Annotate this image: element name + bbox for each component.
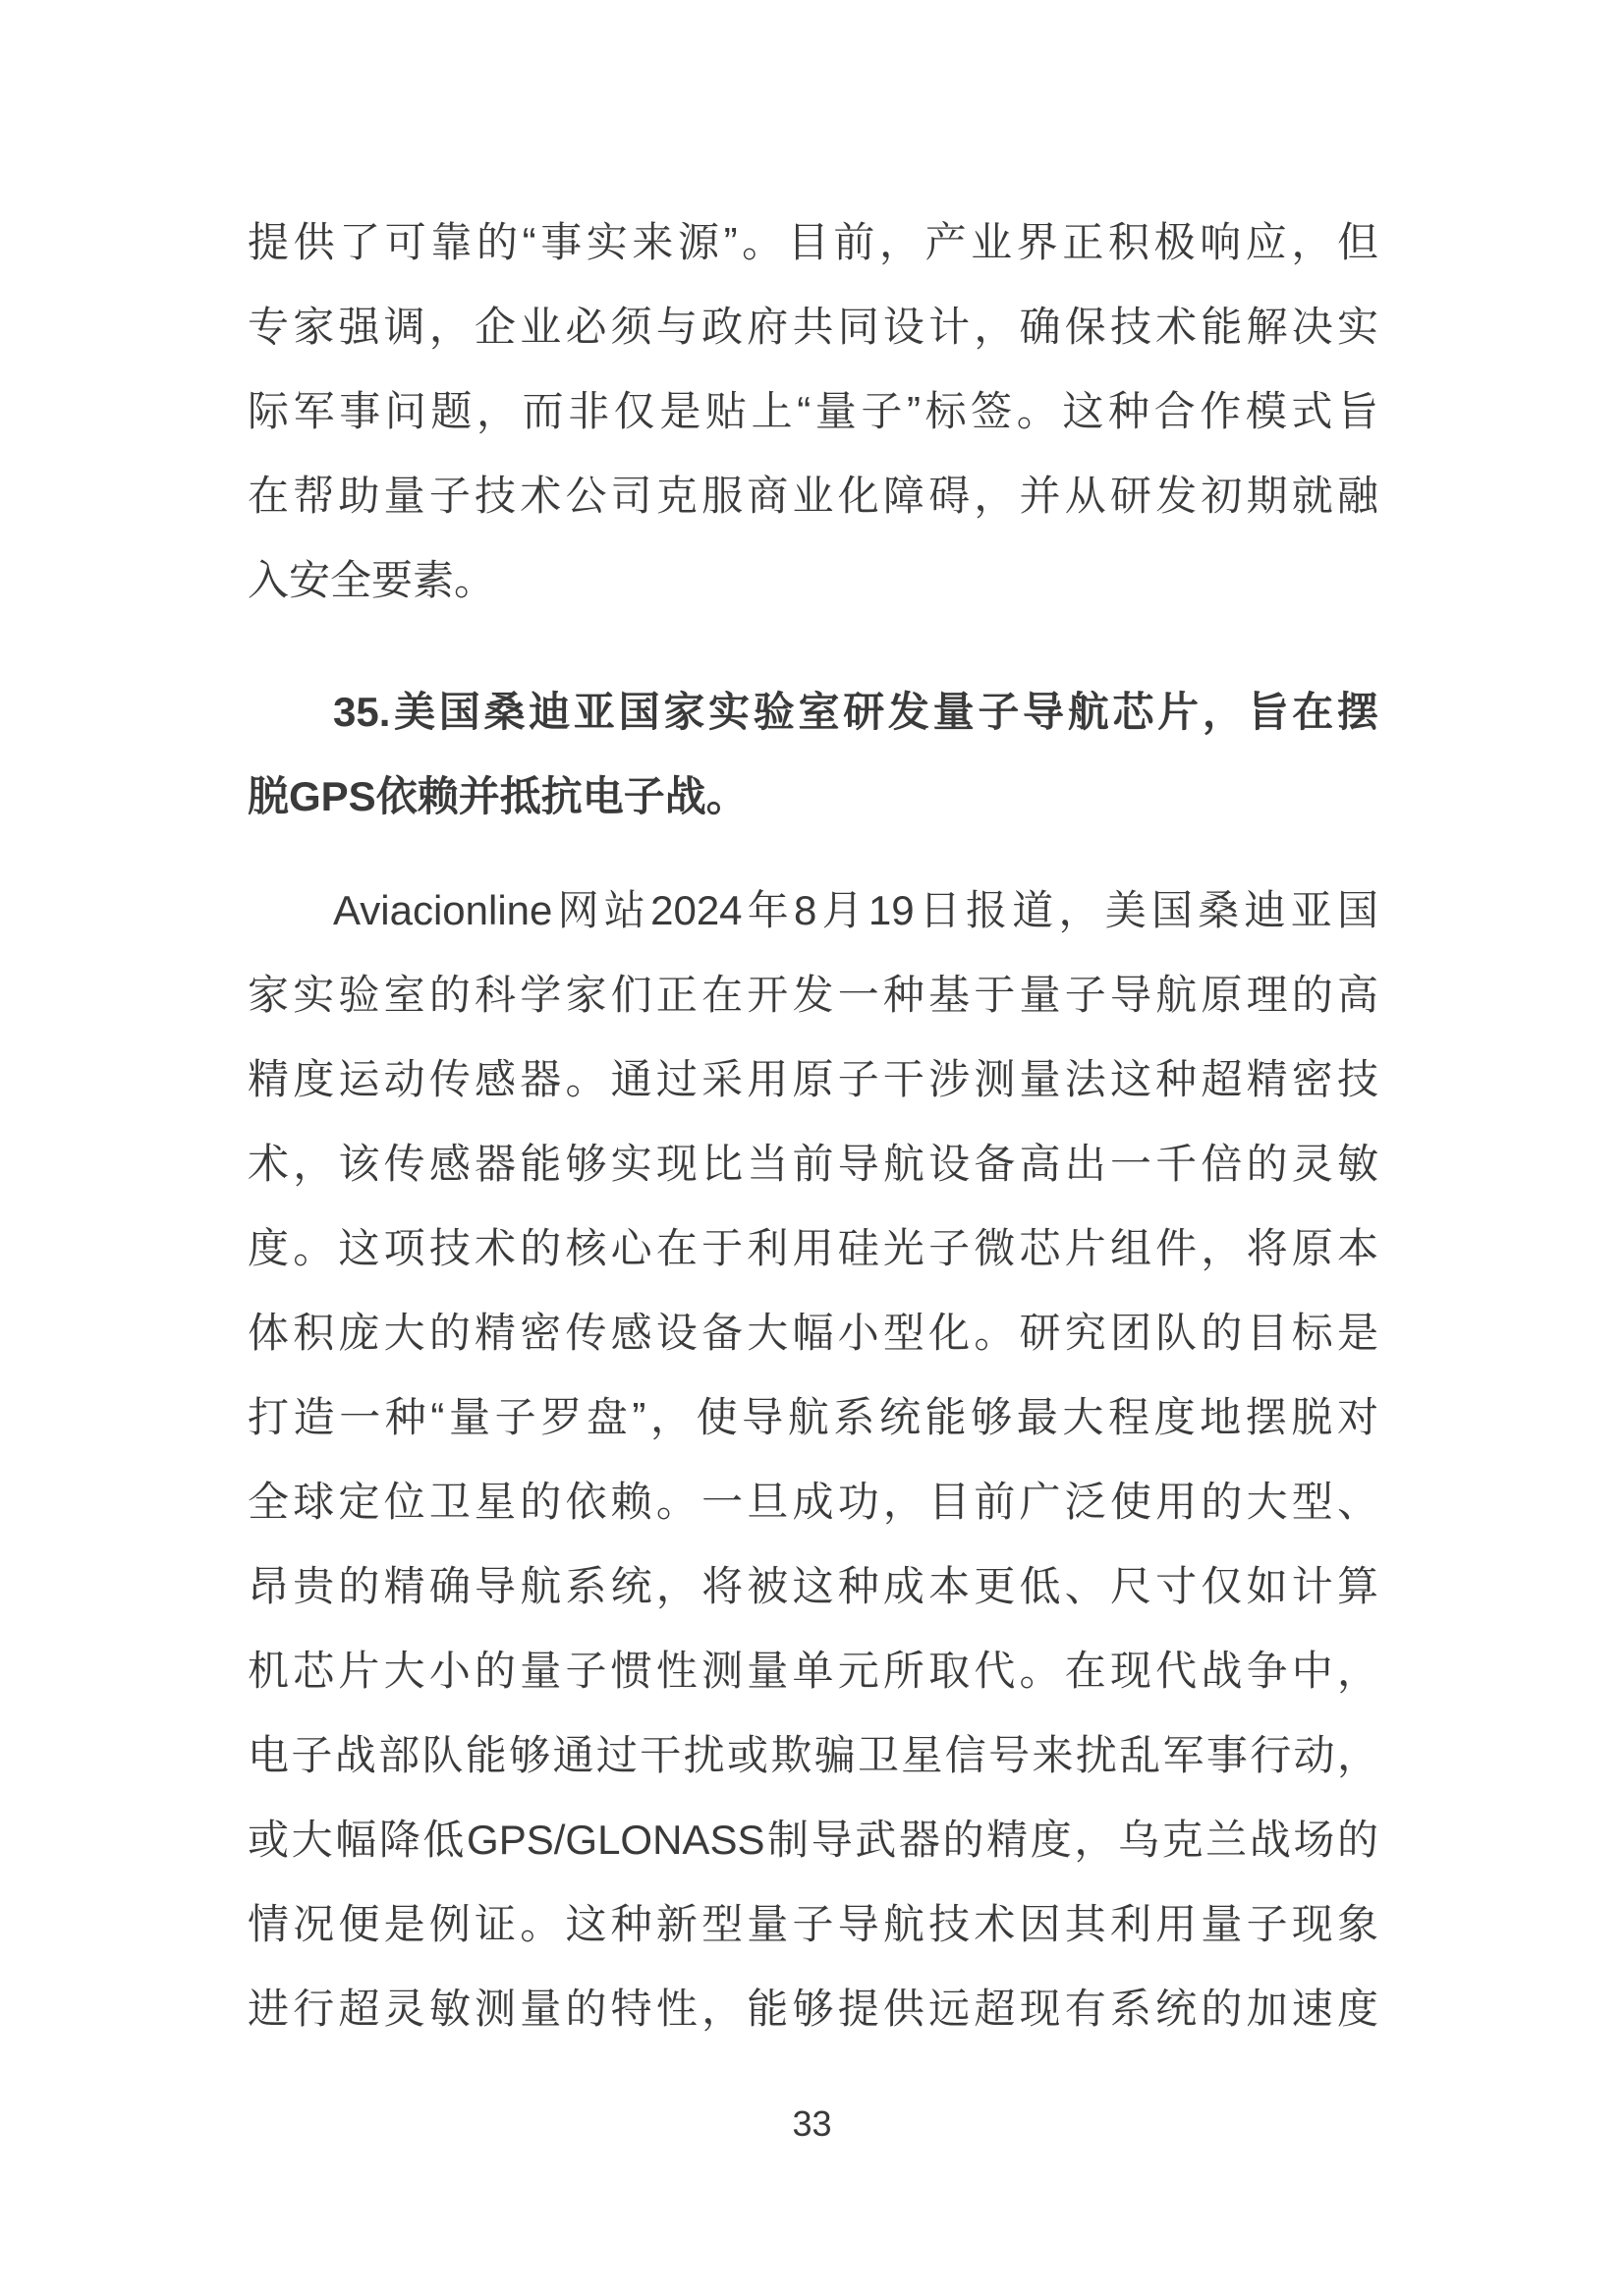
text-line: 进行超灵敏测量的特性，能够提供远超现有系统的加速度 xyxy=(248,1967,1378,2051)
page-content: 提供了可靠的“事实来源”。目前，产业界正积极响应，但 专家强调，企业必须与政府共… xyxy=(248,200,1378,2051)
text-line: 术，该传感器能够实现比当前导航设备高出一千倍的灵敏 xyxy=(248,1122,1378,1206)
text-line: 电子战部队能够通过干扰或欺骗卫星信号来扰乱军事行动， xyxy=(248,1713,1378,1798)
heading-line: 35.美国桑迪亚国家实验室研发量子导航芯片，旨在摆 xyxy=(248,670,1378,755)
text-line: 昂贵的精确导航系统，将被这种成本更低、尺寸仅如计算 xyxy=(248,1544,1378,1629)
document-page: 提供了可靠的“事实来源”。目前，产业界正积极响应，但 专家强调，企业必须与政府共… xyxy=(0,0,1624,2296)
text-line: 体积庞大的精密传感设备大幅小型化。研究团队的目标是 xyxy=(248,1291,1378,1375)
section-35-paragraph: Aviacionline网站2024年8月19日报道，美国桑迪亚国 家实验室的科… xyxy=(248,868,1378,2051)
text-line: Aviacionline网站2024年8月19日报道，美国桑迪亚国 xyxy=(248,868,1378,953)
text-line: 际军事问题，而非仅是贴上“量子”标签。这种合作模式旨 xyxy=(248,369,1378,454)
heading-line: 脱GPS依赖并抵抗电子战。 xyxy=(248,755,1378,839)
text-line: 打造一种“量子罗盘”，使导航系统能够最大程度地摆脱对 xyxy=(248,1375,1378,1460)
text-line: 家实验室的科学家们正在开发一种基于量子导航原理的高 xyxy=(248,953,1378,1037)
text-line: 在帮助量子技术公司克服商业化障碍，并从研发初期就融 xyxy=(248,454,1378,538)
section-35-heading: 35.美国桑迪亚国家实验室研发量子导航芯片，旨在摆 脱GPS依赖并抵抗电子战。 xyxy=(248,670,1378,839)
paragraph-continuation: 提供了可靠的“事实来源”。目前，产业界正积极响应，但 专家强调，企业必须与政府共… xyxy=(248,200,1378,623)
text-line: 入安全要素。 xyxy=(248,538,1378,623)
text-line: 专家强调，企业必须与政府共同设计，确保技术能解决实 xyxy=(248,285,1378,369)
page-number: 33 xyxy=(0,2102,1624,2146)
text-line: 全球定位卫星的依赖。一旦成功，目前广泛使用的大型、 xyxy=(248,1460,1378,1544)
text-line: 度。这项技术的核心在于利用硅光子微芯片组件，将原本 xyxy=(248,1206,1378,1291)
text-line: 精度运动传感器。通过采用原子干涉测量法这种超精密技 xyxy=(248,1037,1378,1122)
text-line: 情况便是例证。这种新型量子导航技术因其利用量子现象 xyxy=(248,1882,1378,1967)
text-line: 或大幅降低GPS/GLONASS制导武器的精度，乌克兰战场的 xyxy=(248,1798,1378,1882)
text-line: 提供了可靠的“事实来源”。目前，产业界正积极响应，但 xyxy=(248,200,1378,285)
text-line: 机芯片大小的量子惯性测量单元所取代。在现代战争中， xyxy=(248,1629,1378,1713)
